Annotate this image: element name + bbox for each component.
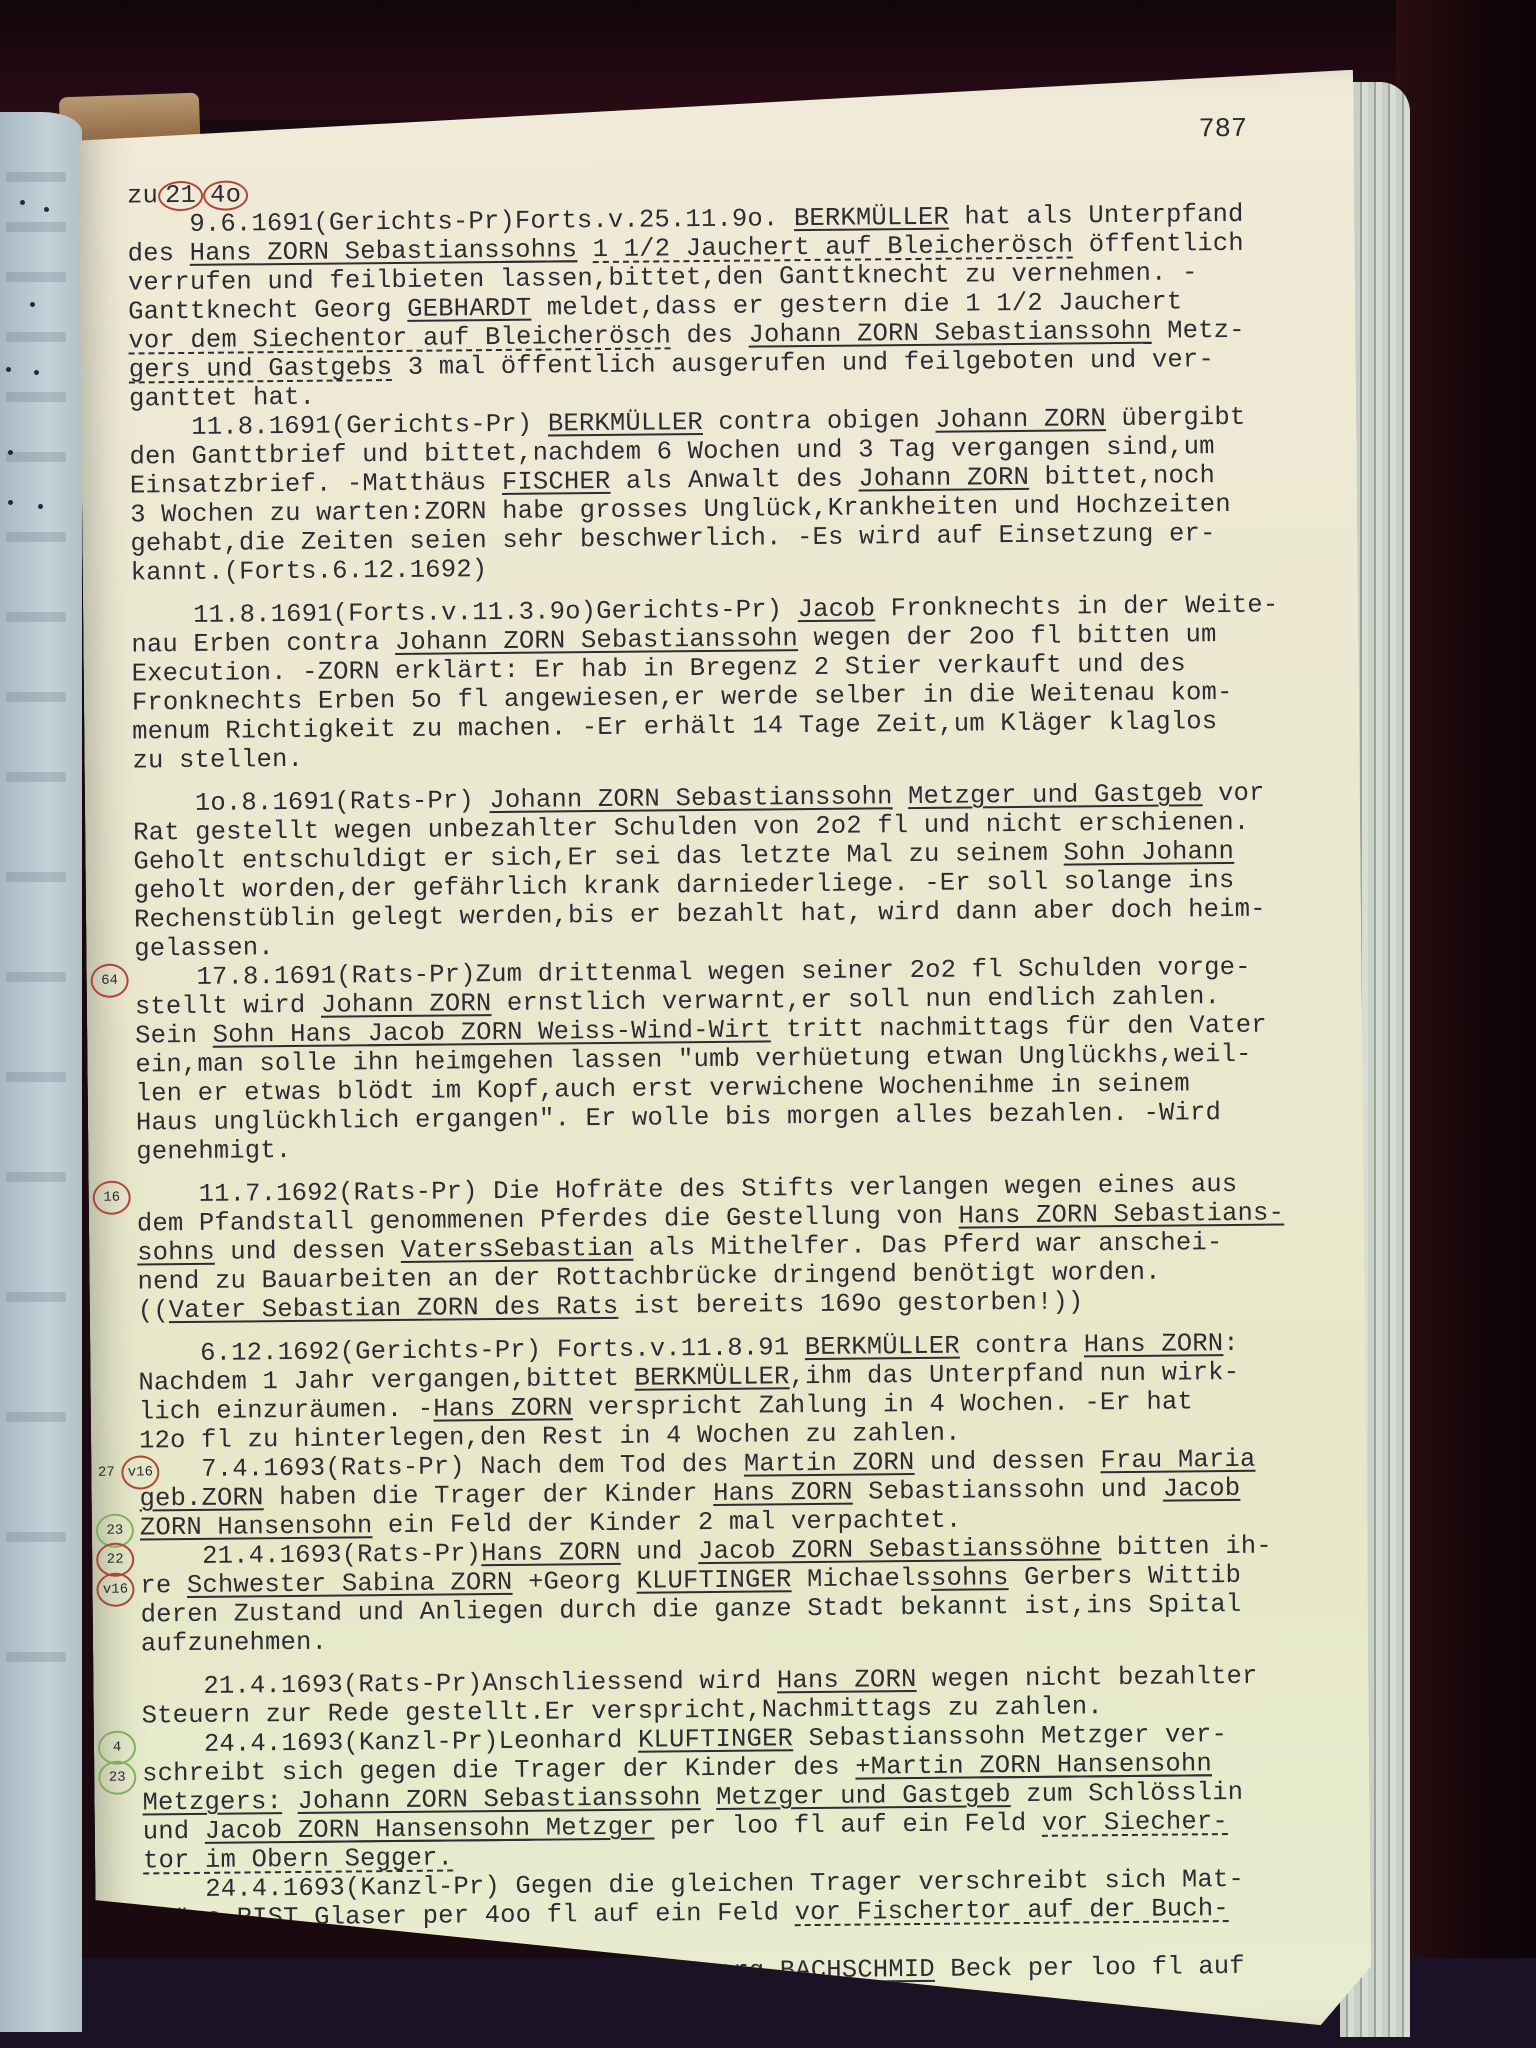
margin-note: 27 [87, 1456, 125, 1490]
document-page: 787 zu214o 9.6.1691(Gerichts-Pr)Forts.v.… [78, 70, 1372, 2037]
margin-note: v16 [96, 1573, 134, 1607]
page-number: 787 [1198, 115, 1247, 145]
margin-note: 64 [90, 964, 128, 998]
ref-circle: 21 [158, 181, 203, 211]
background-right [1396, 0, 1536, 2048]
entries: 9.6.1691(Gerichts-Pr)Forts.v.25.11.9o. B… [127, 199, 1344, 2020]
document-body: zu214o 9.6.1691(Gerichts-Pr)Forts.v.25.1… [127, 170, 1345, 2020]
ref-circle: 4o [203, 180, 248, 210]
margin-note: 23 [98, 1761, 136, 1795]
header-prefix: zu [127, 181, 158, 210]
margin-note: 16 [93, 1181, 131, 1215]
facing-page-edge [0, 112, 82, 2032]
margin-note: v16 [121, 1455, 159, 1489]
